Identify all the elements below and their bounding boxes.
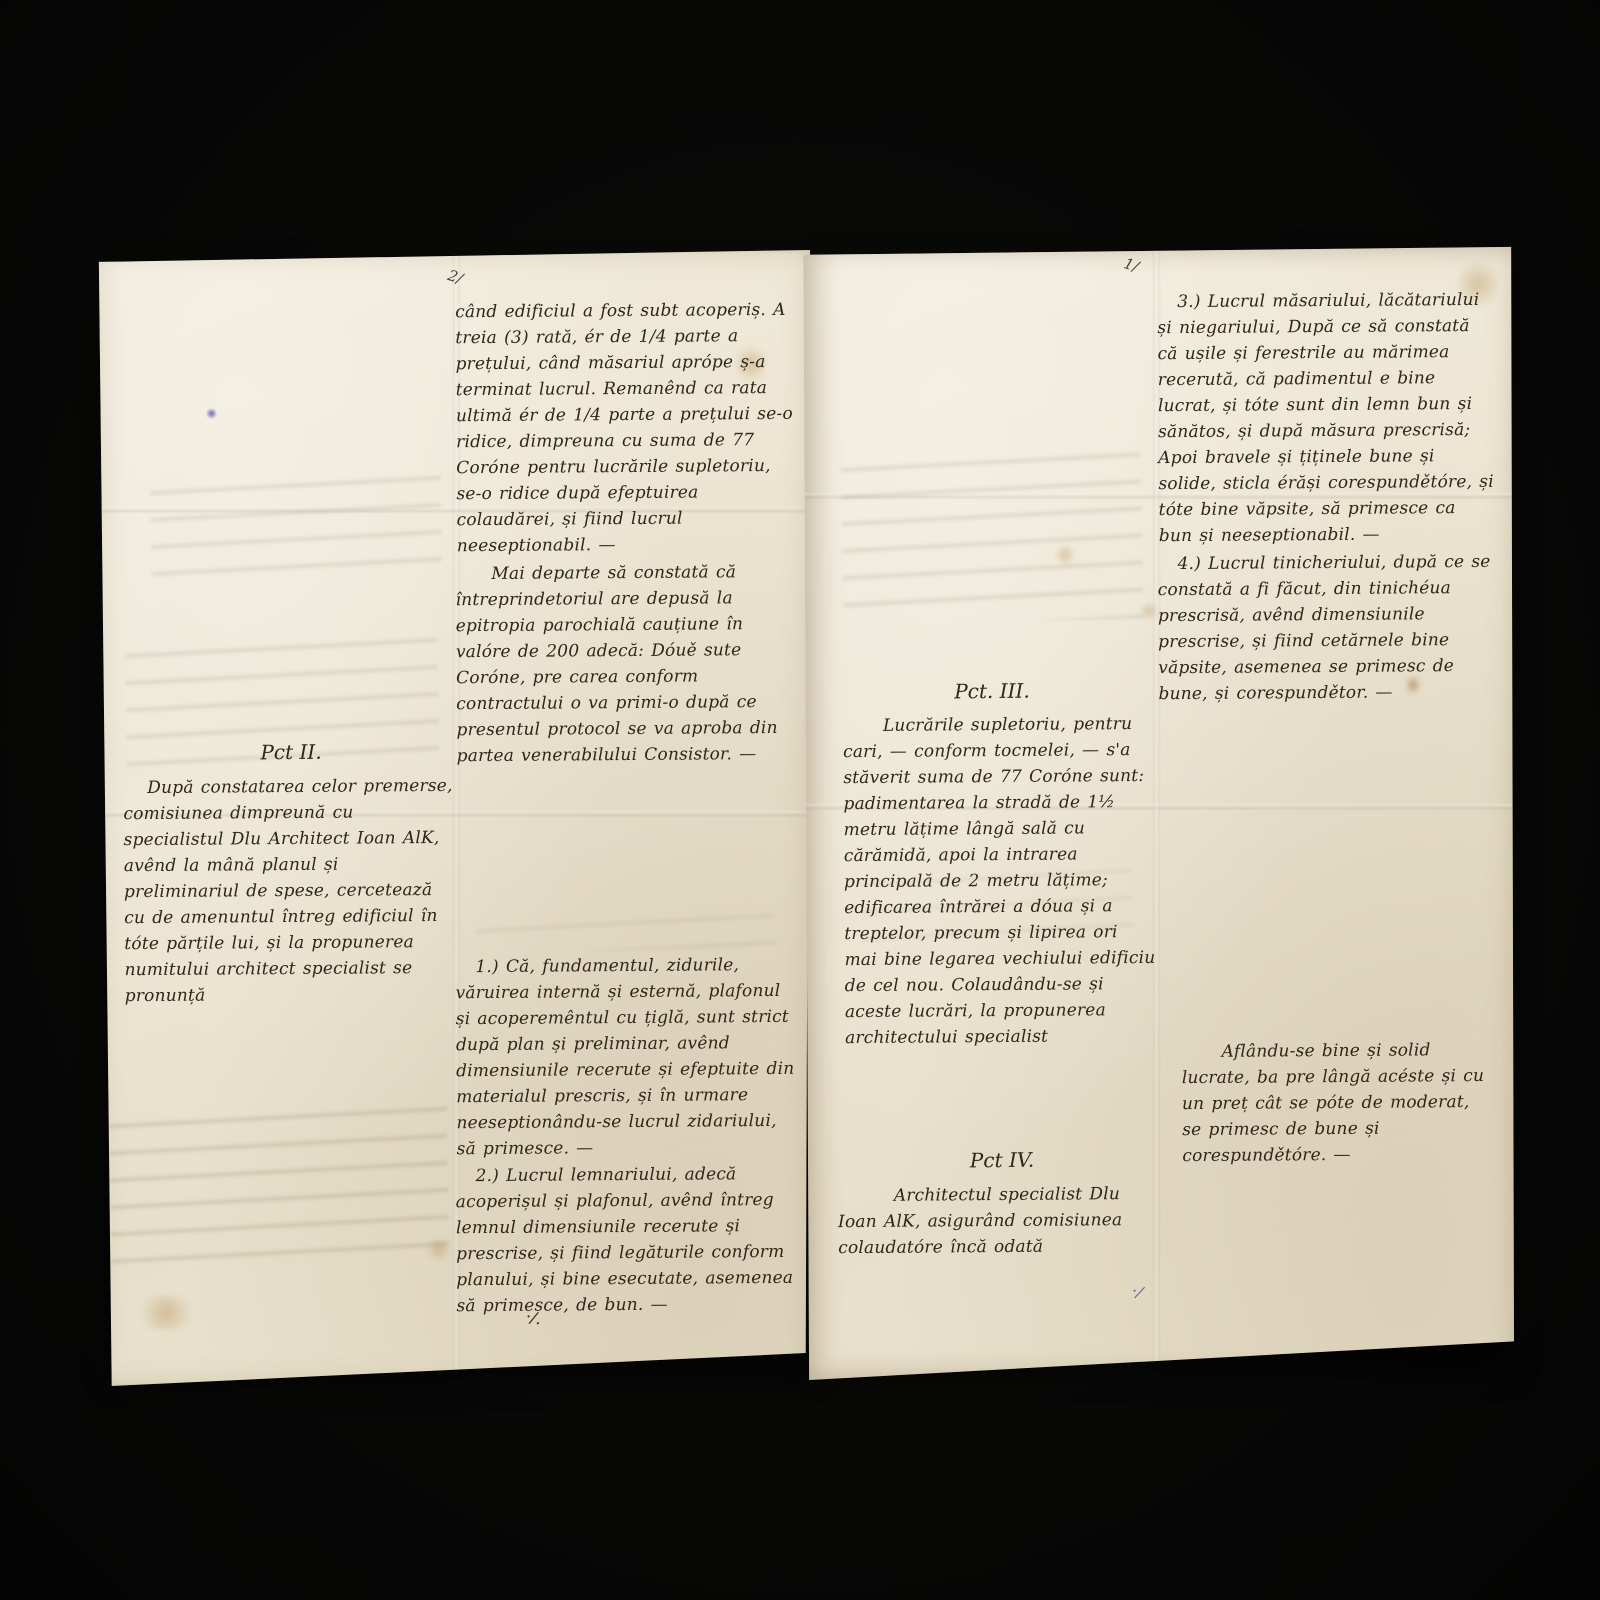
stain <box>426 1236 452 1262</box>
paragraph-conclusion: Aflându-se bine și solid lucrate, ba pre… <box>1182 1037 1495 1169</box>
end-mark: ·/. <box>524 1307 543 1329</box>
section-heading-pct-4: Pct IV. <box>902 1147 1102 1173</box>
bleed-through-text <box>150 469 442 586</box>
right-sheet: 1/ Pct. III. Lucrările supletoriu, pentr… <box>802 244 1514 1380</box>
paragraph-caution-deposit: Mai departe să constată că întreprindeto… <box>455 559 800 769</box>
bleed-through-text <box>841 446 1144 623</box>
paragraph-item-2: 2.) Lucrul lemnariului, adecă acoperișul… <box>455 1161 800 1319</box>
stain <box>1054 544 1076 566</box>
paragraph-pct-2: După constatarea celor premerse, comisiu… <box>123 773 457 1009</box>
bleed-through-text <box>109 1102 450 1270</box>
section-heading-pct-2: Pct II. <box>156 739 426 766</box>
paragraph-item-3: 3.) Lucrul măsariului, lăcătariului și n… <box>1157 287 1495 549</box>
stain <box>134 1296 198 1330</box>
paragraph-rates: când edificiul a fost subt acoperiș. A t… <box>455 297 801 559</box>
stain <box>1140 602 1158 620</box>
left-sheet: 2/ Pct II. După constatarea celor premer… <box>96 250 810 1386</box>
photo-backdrop: 2/ Pct II. După constatarea celor premer… <box>0 0 1600 1600</box>
section-heading-pct-3: Pct. III. <box>862 678 1122 705</box>
paragraph-item-1: 1.) Că, fundamentul, zidurile, văruirea … <box>455 952 800 1162</box>
blue-check-mark: ·/ <box>1130 1281 1145 1302</box>
page-mark: 1/ <box>1122 254 1141 276</box>
paragraph-pct-4: Architectul specialist Dlu Ioan AlK, asi… <box>838 1181 1161 1261</box>
page-mark: 2/ <box>446 266 465 288</box>
ink-blot <box>206 408 217 419</box>
bleed-through-text <box>476 907 777 952</box>
paragraph-item-4: 4.) Lucrul tinicheriului, după ce se con… <box>1157 549 1494 707</box>
paragraph-pct-3: Lucrările supletoriu, pentru cari, — con… <box>843 711 1157 1051</box>
